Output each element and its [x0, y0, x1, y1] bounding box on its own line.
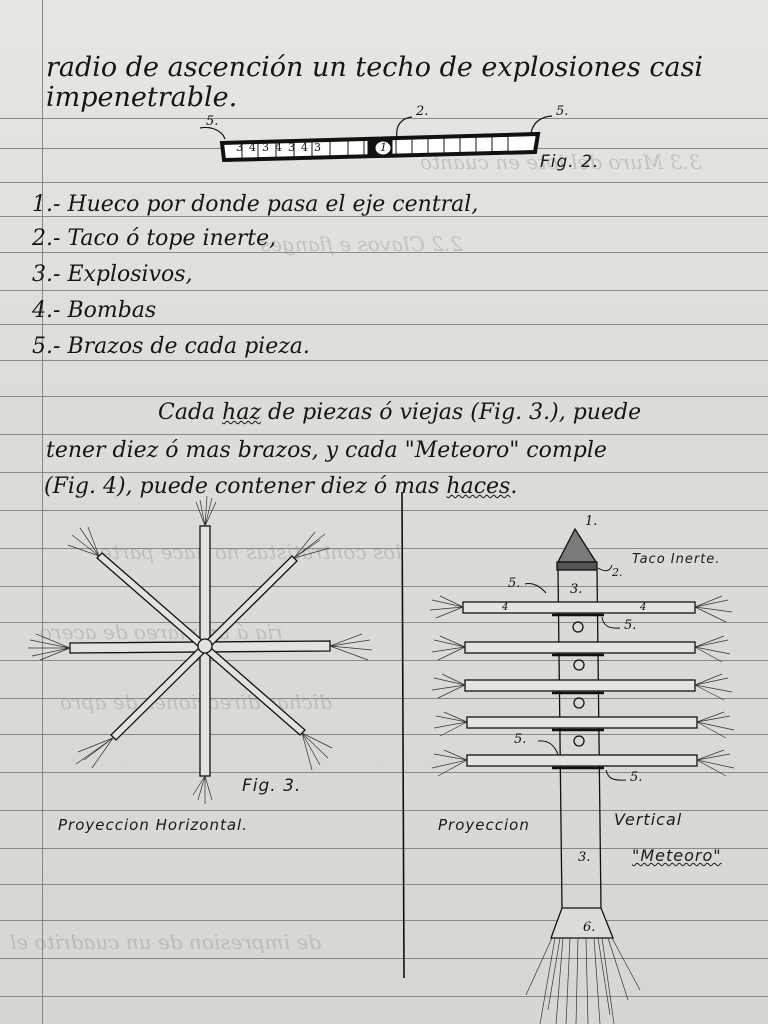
fig4-plug-text: Taco Inerte.: [632, 552, 720, 567]
fig4-callout-arm-low-left: 5.: [514, 732, 526, 747]
fig4-title-right: Vertical: [614, 810, 682, 829]
fig4-callout-arm-right: 5.: [624, 618, 636, 633]
fig4-label-body-top: 3.: [570, 582, 582, 597]
fig4-label-plug: 2.: [612, 566, 623, 579]
fig4-bomb-label-right: 4: [640, 602, 646, 613]
fig4-label-nozzle: 6.: [583, 920, 595, 935]
fig4-callout-arm-low-right: 5.: [630, 770, 642, 785]
fig4-bomb-label-left: 4: [502, 602, 508, 613]
fig4-callout-arm-left: 5.: [508, 576, 520, 591]
fig4-label-nose: 1.: [585, 514, 597, 529]
fig4-meteoro-diagram: [0, 0, 768, 1024]
fig4-title-left: Proyeccion: [438, 816, 530, 834]
fig4-label-body-bottom: 3.: [578, 850, 590, 865]
fig4-meteoro-name: "Meteoro": [632, 846, 722, 865]
manuscript-page: 3.3 Muro del lote en cuanto 2.2 Clavos e…: [0, 0, 768, 1024]
